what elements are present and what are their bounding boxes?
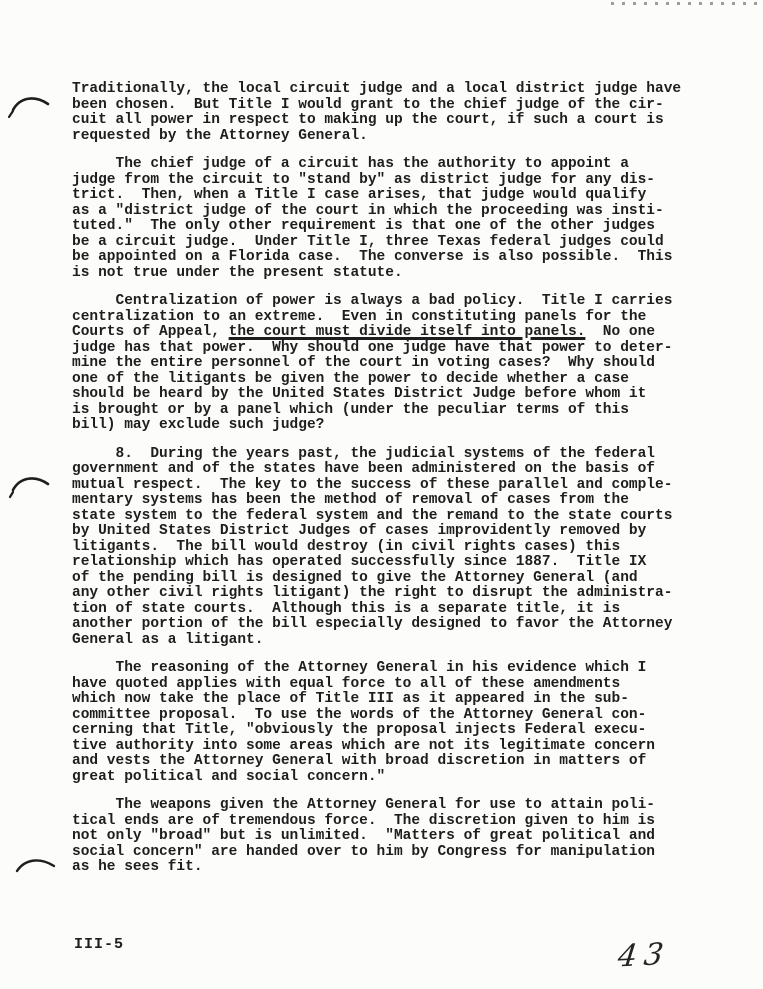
paragraph-5-text: The reasoning of the Attorney General in…: [72, 660, 655, 785]
document-body: Traditionally, the local circuit judge a…: [72, 82, 712, 889]
paragraph-4: 8. During the years past, the judicial s…: [72, 447, 712, 649]
paragraph-3: Centralization of power is always a bad …: [72, 294, 712, 434]
paragraph-2-text: The chief judge of a circuit has the aut…: [72, 156, 672, 281]
scanned-document-page: Traditionally, the local circuit judge a…: [0, 0, 763, 989]
paragraph-1: Traditionally, the local circuit judge a…: [72, 82, 712, 144]
paragraph-4-text: 8. During the years past, the judicial s…: [72, 446, 672, 648]
paragraph-3-text-after: No one judge has that power. Why should …: [72, 324, 672, 433]
handwritten-page-number: 43: [616, 936, 672, 974]
dotted-scan-edge-mark: [611, 2, 763, 5]
underlined-phrase: the court must divide itself into panels…: [229, 324, 586, 340]
paragraph-6-text: The weapons given the Attorney General f…: [72, 797, 655, 875]
section-page-label: III-5: [74, 936, 124, 953]
paragraph-5: The reasoning of the Attorney General in…: [72, 661, 712, 785]
paragraph-2: The chief judge of a circuit has the aut…: [72, 157, 712, 281]
handwritten-arc-mark-icon: [12, 853, 58, 881]
handwritten-arc-mark-icon: [6, 468, 52, 500]
paragraph-6: The weapons given the Attorney General f…: [72, 798, 712, 876]
handwritten-arc-mark-icon: [6, 88, 52, 120]
paragraph-1-text: Traditionally, the local circuit judge a…: [72, 81, 681, 144]
